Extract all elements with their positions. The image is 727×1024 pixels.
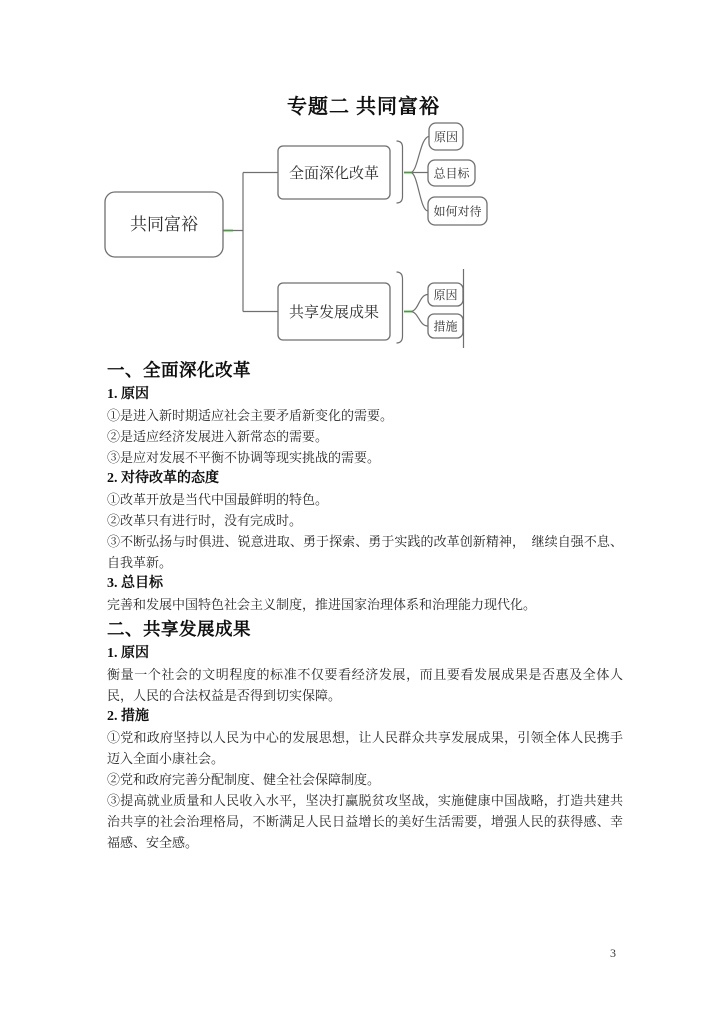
connector-leaf-yuanyin2	[411, 295, 428, 312]
leaf-label-yuanyin2: 原因	[433, 288, 457, 302]
connector-leaf-cuoshi	[411, 312, 428, 327]
connector-leaf-yuanyin1	[411, 137, 429, 173]
leaf-label-ruheduidai: 如何对待	[433, 204, 481, 219]
paragraph: ③不断弘扬与时俱进、锐意进取、勇于探索、勇于实践的改革创新精神， 继续自强不息、…	[107, 531, 623, 573]
subsection-title: 1. 原因	[107, 643, 623, 664]
subsection-title: 2. 对待改革的态度	[107, 468, 623, 489]
connector-leaf-ruheduidai	[411, 173, 428, 212]
page-number: 3	[610, 946, 616, 961]
bracket-branch1	[397, 141, 403, 203]
document-page: 专题二 共同富裕	[0, 0, 727, 1024]
section-heading-1: 一、全面深化改革	[107, 356, 623, 384]
paragraph: ③提高就业质量和人民收入水平，坚决打赢脱贫攻坚战，实施健康中国战略，打造共建共治…	[107, 790, 623, 853]
subsection-title: 2. 措施	[107, 706, 623, 727]
leaf-label-cuoshi: 措施	[433, 319, 457, 334]
paragraph: ③是应对发展不平衡不协调等现实挑战的需要。	[107, 447, 623, 468]
subsection-title: 3. 总目标	[107, 573, 623, 594]
root-node-label: 共同富裕	[130, 214, 198, 234]
branch2-node-label: 共享发展成果	[289, 304, 379, 321]
mind-map: 共同富裕 全面深化改革 共享发展成果 原因 总目标 如何对待 原因 措施	[100, 118, 520, 358]
page-title: 专题二 共同富裕	[0, 90, 727, 119]
body-content: 一、全面深化改革 1. 原因 ①是进入新时期适应社会主要矛盾新变化的需要。 ②是…	[107, 356, 623, 853]
paragraph: 衡量一个社会的文明程度的标准不仅要看经济发展，而且要看发展成果是否惠及全体人民，…	[107, 664, 623, 706]
paragraph: ②党和政府完善分配制度、健全社会保障制度。	[107, 769, 623, 790]
paragraph: ②是适应经济发展进入新常态的需要。	[107, 426, 623, 447]
subsection-title: 1. 原因	[107, 384, 623, 405]
paragraph: 完善和发展中国特色社会主义制度，推进国家治理体系和治理能力现代化。	[107, 594, 623, 615]
bracket-branch2	[397, 272, 403, 343]
paragraph: ①改革开放是当代中国最鲜明的特色。	[107, 489, 623, 510]
paragraph: ①党和政府坚持以人民为中心的发展思想，让人民群众共享发展成果，引领全体人民携手迈…	[107, 727, 623, 769]
leaf-label-zongmubiao: 总目标	[433, 166, 470, 181]
leaf-label-yuanyin1: 原因	[434, 130, 458, 144]
paragraph: ②改革只有进行时，没有完成时。	[107, 510, 623, 531]
paragraph: ①是进入新时期适应社会主要矛盾新变化的需要。	[107, 405, 623, 426]
branch1-node-label: 全面深化改革	[289, 164, 379, 182]
section-heading-2: 二、共享发展成果	[107, 615, 623, 643]
